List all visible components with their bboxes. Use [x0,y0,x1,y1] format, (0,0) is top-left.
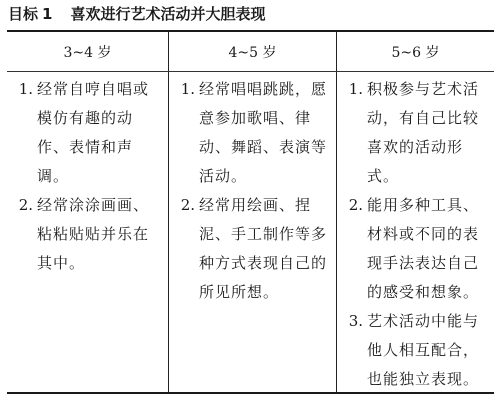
header-age-3-4: 3~4 岁 [7,32,168,71]
goal-label: 目标 [8,5,38,23]
table-header-row: 3~4 岁 4~5 岁 5~6 岁 [7,32,494,72]
item-text: 积极参与艺术活动，有自己比较喜欢的活动形式。 [367,75,485,191]
item-number: 1. [7,75,37,191]
list-item: 3. 艺术活动中能与他人相互配合，也能独立表现。 [337,307,485,394]
item-number: 2. [337,191,367,307]
list-item: 2. 经常用绘画、捏泥、手工制作等多种方式表现自己的所见所想。 [169,191,334,307]
item-number: 2. [7,191,37,278]
item-text: 艺术活动中能与他人相互配合，也能独立表现。 [367,307,485,394]
item-text: 经常唱唱跳跳，愿意参加歌唱、律动、舞蹈、表演等活动。 [199,75,334,191]
column-age-3-4: 1. 经常自哼自唱或模仿有趣的动作、表情和声调。 2. 经常涂涂画画、粘粘贴贴并… [7,72,159,392]
list-item: 1. 经常唱唱跳跳，愿意参加歌唱、律动、舞蹈、表演等活动。 [169,75,334,191]
item-text: 经常自哼自唱或模仿有趣的动作、表情和声调。 [37,75,159,191]
column-age-4-5: 1. 经常唱唱跳跳，愿意参加歌唱、律动、舞蹈、表演等活动。 2. 经常用绘画、捏… [169,72,334,392]
list-item: 1. 积极参与艺术活动，有自己比较喜欢的活动形式。 [337,75,485,191]
item-text: 经常用绘画、捏泥、手工制作等多种方式表现自己的所见所想。 [199,191,334,307]
section-title: 目标1喜欢进行艺术活动并大胆表现 [8,4,265,24]
list-item: 1. 经常自哼自唱或模仿有趣的动作、表情和声调。 [7,75,159,191]
list-item: 2. 经常涂涂画画、粘粘贴贴并乐在其中。 [7,191,159,278]
item-number: 2. [169,191,199,307]
item-text: 能用多种工具、材料或不同的表现手法表达自己的感受和想象。 [367,191,485,307]
header-age-4-5: 4~5 岁 [169,32,336,71]
item-number: 1. [169,75,199,191]
goal-number: 1 [42,5,52,23]
list-item: 2. 能用多种工具、材料或不同的表现手法表达自己的感受和想象。 [337,191,485,307]
item-number: 1. [337,75,367,191]
item-text: 经常涂涂画画、粘粘贴贴并乐在其中。 [37,191,159,278]
header-age-5-6: 5~6 岁 [337,32,494,71]
column-age-5-6: 1. 积极参与艺术活动，有自己比较喜欢的活动形式。 2. 能用多种工具、材料或不… [337,72,485,392]
goals-table: 3~4 岁 4~5 岁 5~6 岁 1. 经常自哼自唱或模仿有趣的动作、表情和声… [7,30,494,394]
goal-text: 喜欢进行艺术活动并大胆表现 [70,5,265,23]
item-number: 3. [337,307,367,394]
